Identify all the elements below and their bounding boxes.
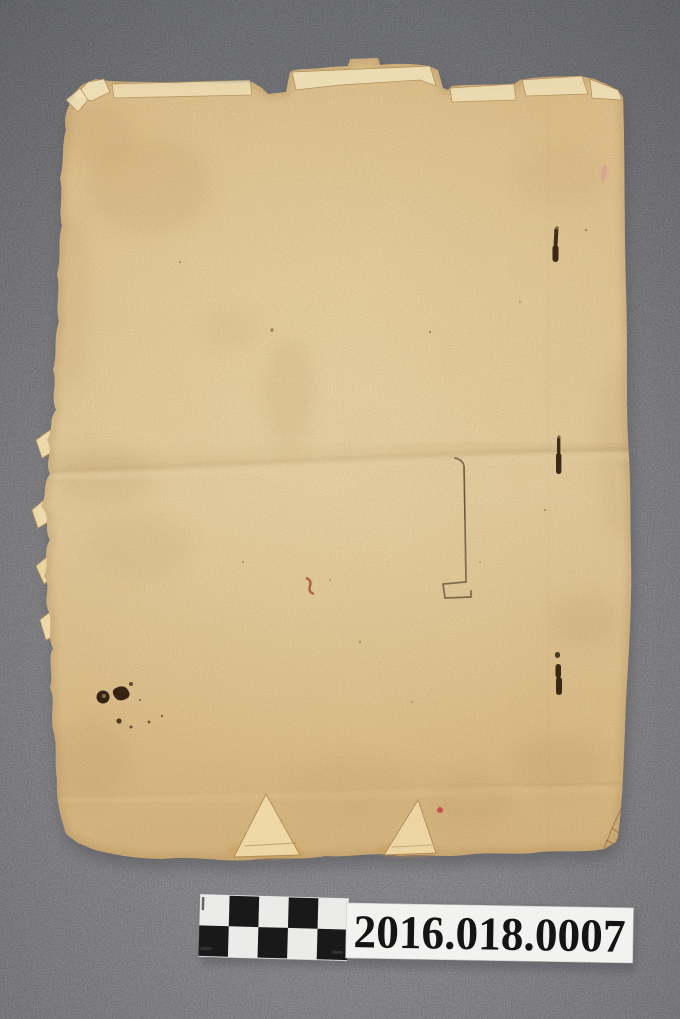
photo-canvas: 2016.018.0007 <box>0 0 680 1019</box>
catalog-label: 2016.018.0007 <box>346 903 634 963</box>
checkerboard-scale <box>198 894 349 961</box>
catalog-number-text: 2016.018.0007 <box>353 906 626 963</box>
archival-photograph: 2016.018.0007 <box>0 0 680 1019</box>
